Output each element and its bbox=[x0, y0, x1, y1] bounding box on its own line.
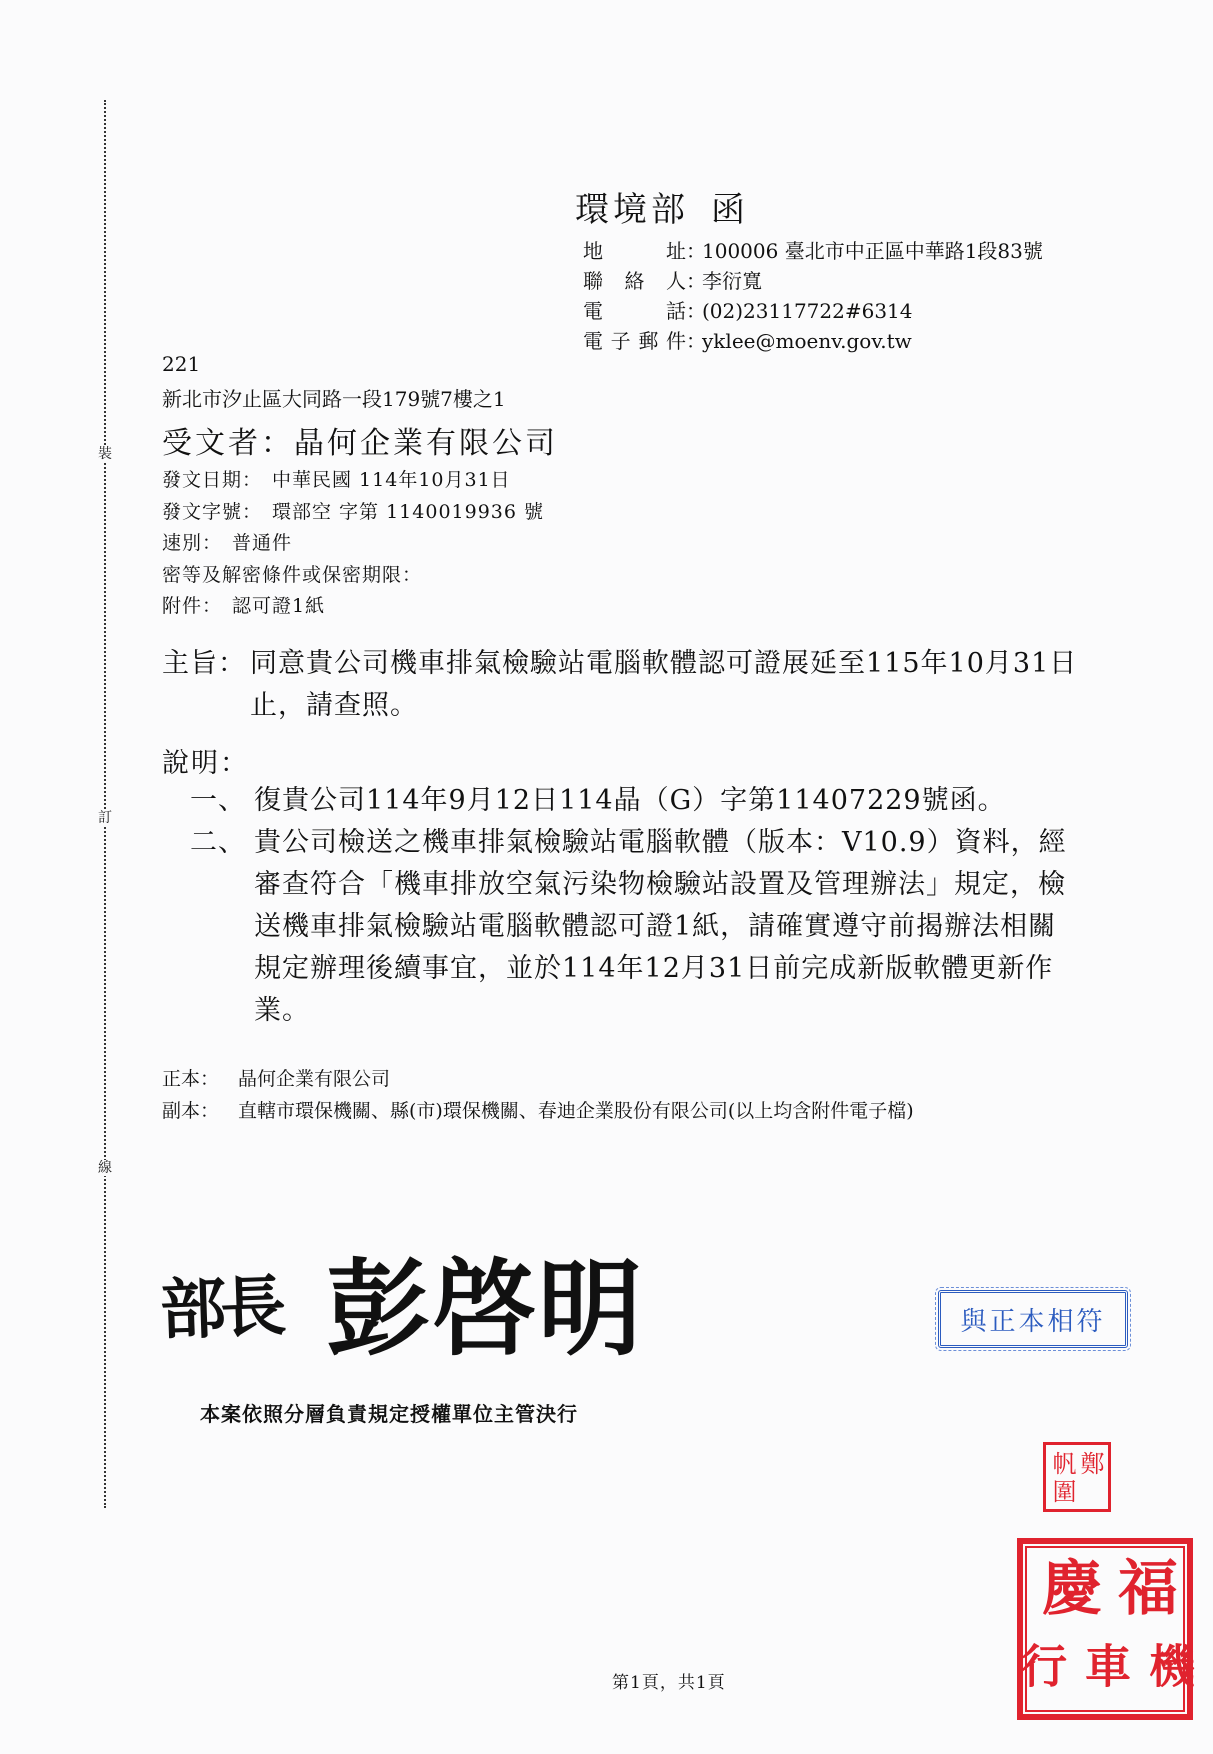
meta-issue-date: 發文日期：中華民國 114年10月31日 bbox=[162, 465, 544, 497]
explanation-item: 一、復貴公司114年9月12日114晶（G）字第11407229號函。 bbox=[190, 780, 1070, 822]
recipient-name: 晶何企業有限公司 bbox=[294, 426, 558, 461]
contact-person: 聯絡人：李衍寬 bbox=[583, 266, 1043, 296]
meta-doc-number: 發文字號：環部空 字第 1140019936 號 bbox=[162, 497, 544, 529]
binding-mark-bottom: 線 bbox=[96, 1160, 114, 1176]
subject-text: 同意貴公司機車排氣檢驗站電腦軟體認可證展延至115年10月31日止，請查照。 bbox=[250, 643, 1082, 727]
contact-phone-value: (02)23117722#6314 bbox=[702, 296, 913, 326]
document-title: 環境部函 bbox=[575, 182, 749, 231]
explanation-list: 一、復貴公司114年9月12日114晶（G）字第11407229號函。 二、貴公… bbox=[190, 780, 1070, 1032]
meta-classification: 密等及解密條件或保密期限： bbox=[162, 560, 544, 592]
binding-mark-middle: 訂 bbox=[96, 810, 114, 826]
company-seal-col2: 機車行 bbox=[1009, 1623, 1201, 1708]
contact-person-value: 李衍寬 bbox=[702, 266, 762, 296]
personal-seal: 鄭帆圍 bbox=[1043, 1442, 1111, 1512]
contact-address: 地址：100006 臺北市中正區中華路1段83號 bbox=[583, 236, 1043, 266]
signature-title: 部長 bbox=[158, 1253, 281, 1352]
explanation-item: 二、貴公司檢送之機車排氣檢驗站電腦軟體（版本：V10.9）資料，經審查符合「機車… bbox=[190, 822, 1070, 1032]
contact-address-value: 100006 臺北市中正區中華路1段83號 bbox=[702, 236, 1043, 266]
delegation-note: 本案依照分層負責規定授權單位主管決行 bbox=[200, 1398, 578, 1427]
contact-phone: 電話：(02)23117722#6314 bbox=[583, 296, 1043, 326]
contact-block: 地址：100006 臺北市中正區中華路1段83號 聯絡人：李衍寬 電話：(02)… bbox=[583, 236, 1043, 356]
company-seal-col1: 福慶 bbox=[1029, 1550, 1181, 1623]
company-seal: 福慶 機車行 bbox=[1017, 1538, 1193, 1720]
binding-dotted-line bbox=[104, 100, 106, 1508]
recipient-address: 新北市汐止區大同路一段179號7樓之1 bbox=[162, 383, 506, 412]
signature-name: 彭啓明 bbox=[326, 1225, 644, 1375]
binding-mark-top: 裝 bbox=[96, 446, 114, 462]
recipient-line: 受文者：晶何企業有限公司 bbox=[162, 418, 558, 462]
recipient-label: 受文者： bbox=[162, 426, 294, 461]
certified-copy-stamp: 與正本相符 bbox=[938, 1290, 1128, 1348]
subject-section: 主旨： 同意貴公司機車排氣檢驗站電腦軟體認可證展延至115年10月31日止，請查… bbox=[162, 643, 1082, 727]
meta-attachment: 附件：認可證1紙 bbox=[162, 591, 544, 623]
agency-name: 環境部 bbox=[575, 190, 689, 230]
meta-priority: 速別：普通件 bbox=[162, 528, 544, 560]
copy-recipients: 副本：直轄市環保機關、縣(市)環保機關、春迪企業股份有限公司(以上均含附件電子檔… bbox=[162, 1095, 1082, 1127]
doc-type: 函 bbox=[711, 190, 749, 230]
subject-label: 主旨： bbox=[162, 643, 246, 685]
page-indicator: 第1頁，共1頁 bbox=[612, 1668, 726, 1693]
contact-email-value: yklee@moenv.gov.tw bbox=[702, 326, 912, 356]
contact-email: 電子郵件：yklee@moenv.gov.tw bbox=[583, 326, 1043, 356]
postal-code: 221 bbox=[162, 352, 200, 376]
distribution-block: 正本：晶何企業有限公司 副本：直轄市環保機關、縣(市)環保機關、春迪企業股份有限… bbox=[162, 1063, 1082, 1127]
explanation-label: 說明： bbox=[162, 741, 249, 780]
original-recipient: 正本：晶何企業有限公司 bbox=[162, 1063, 1082, 1095]
document-meta: 發文日期：中華民國 114年10月31日 發文字號：環部空 字第 1140019… bbox=[162, 465, 544, 623]
